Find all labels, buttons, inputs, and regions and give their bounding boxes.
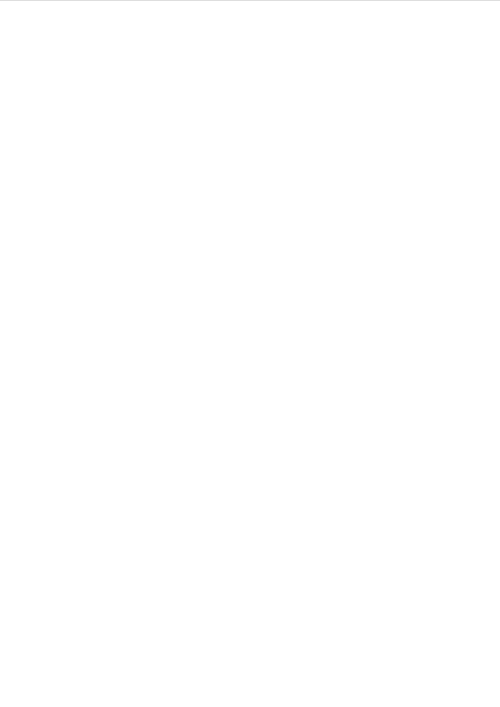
section-title-definitions (66, 80, 440, 95)
document-page (0, 0, 500, 707)
document-content (66, 61, 440, 95)
section-title-word-list (66, 65, 440, 80)
